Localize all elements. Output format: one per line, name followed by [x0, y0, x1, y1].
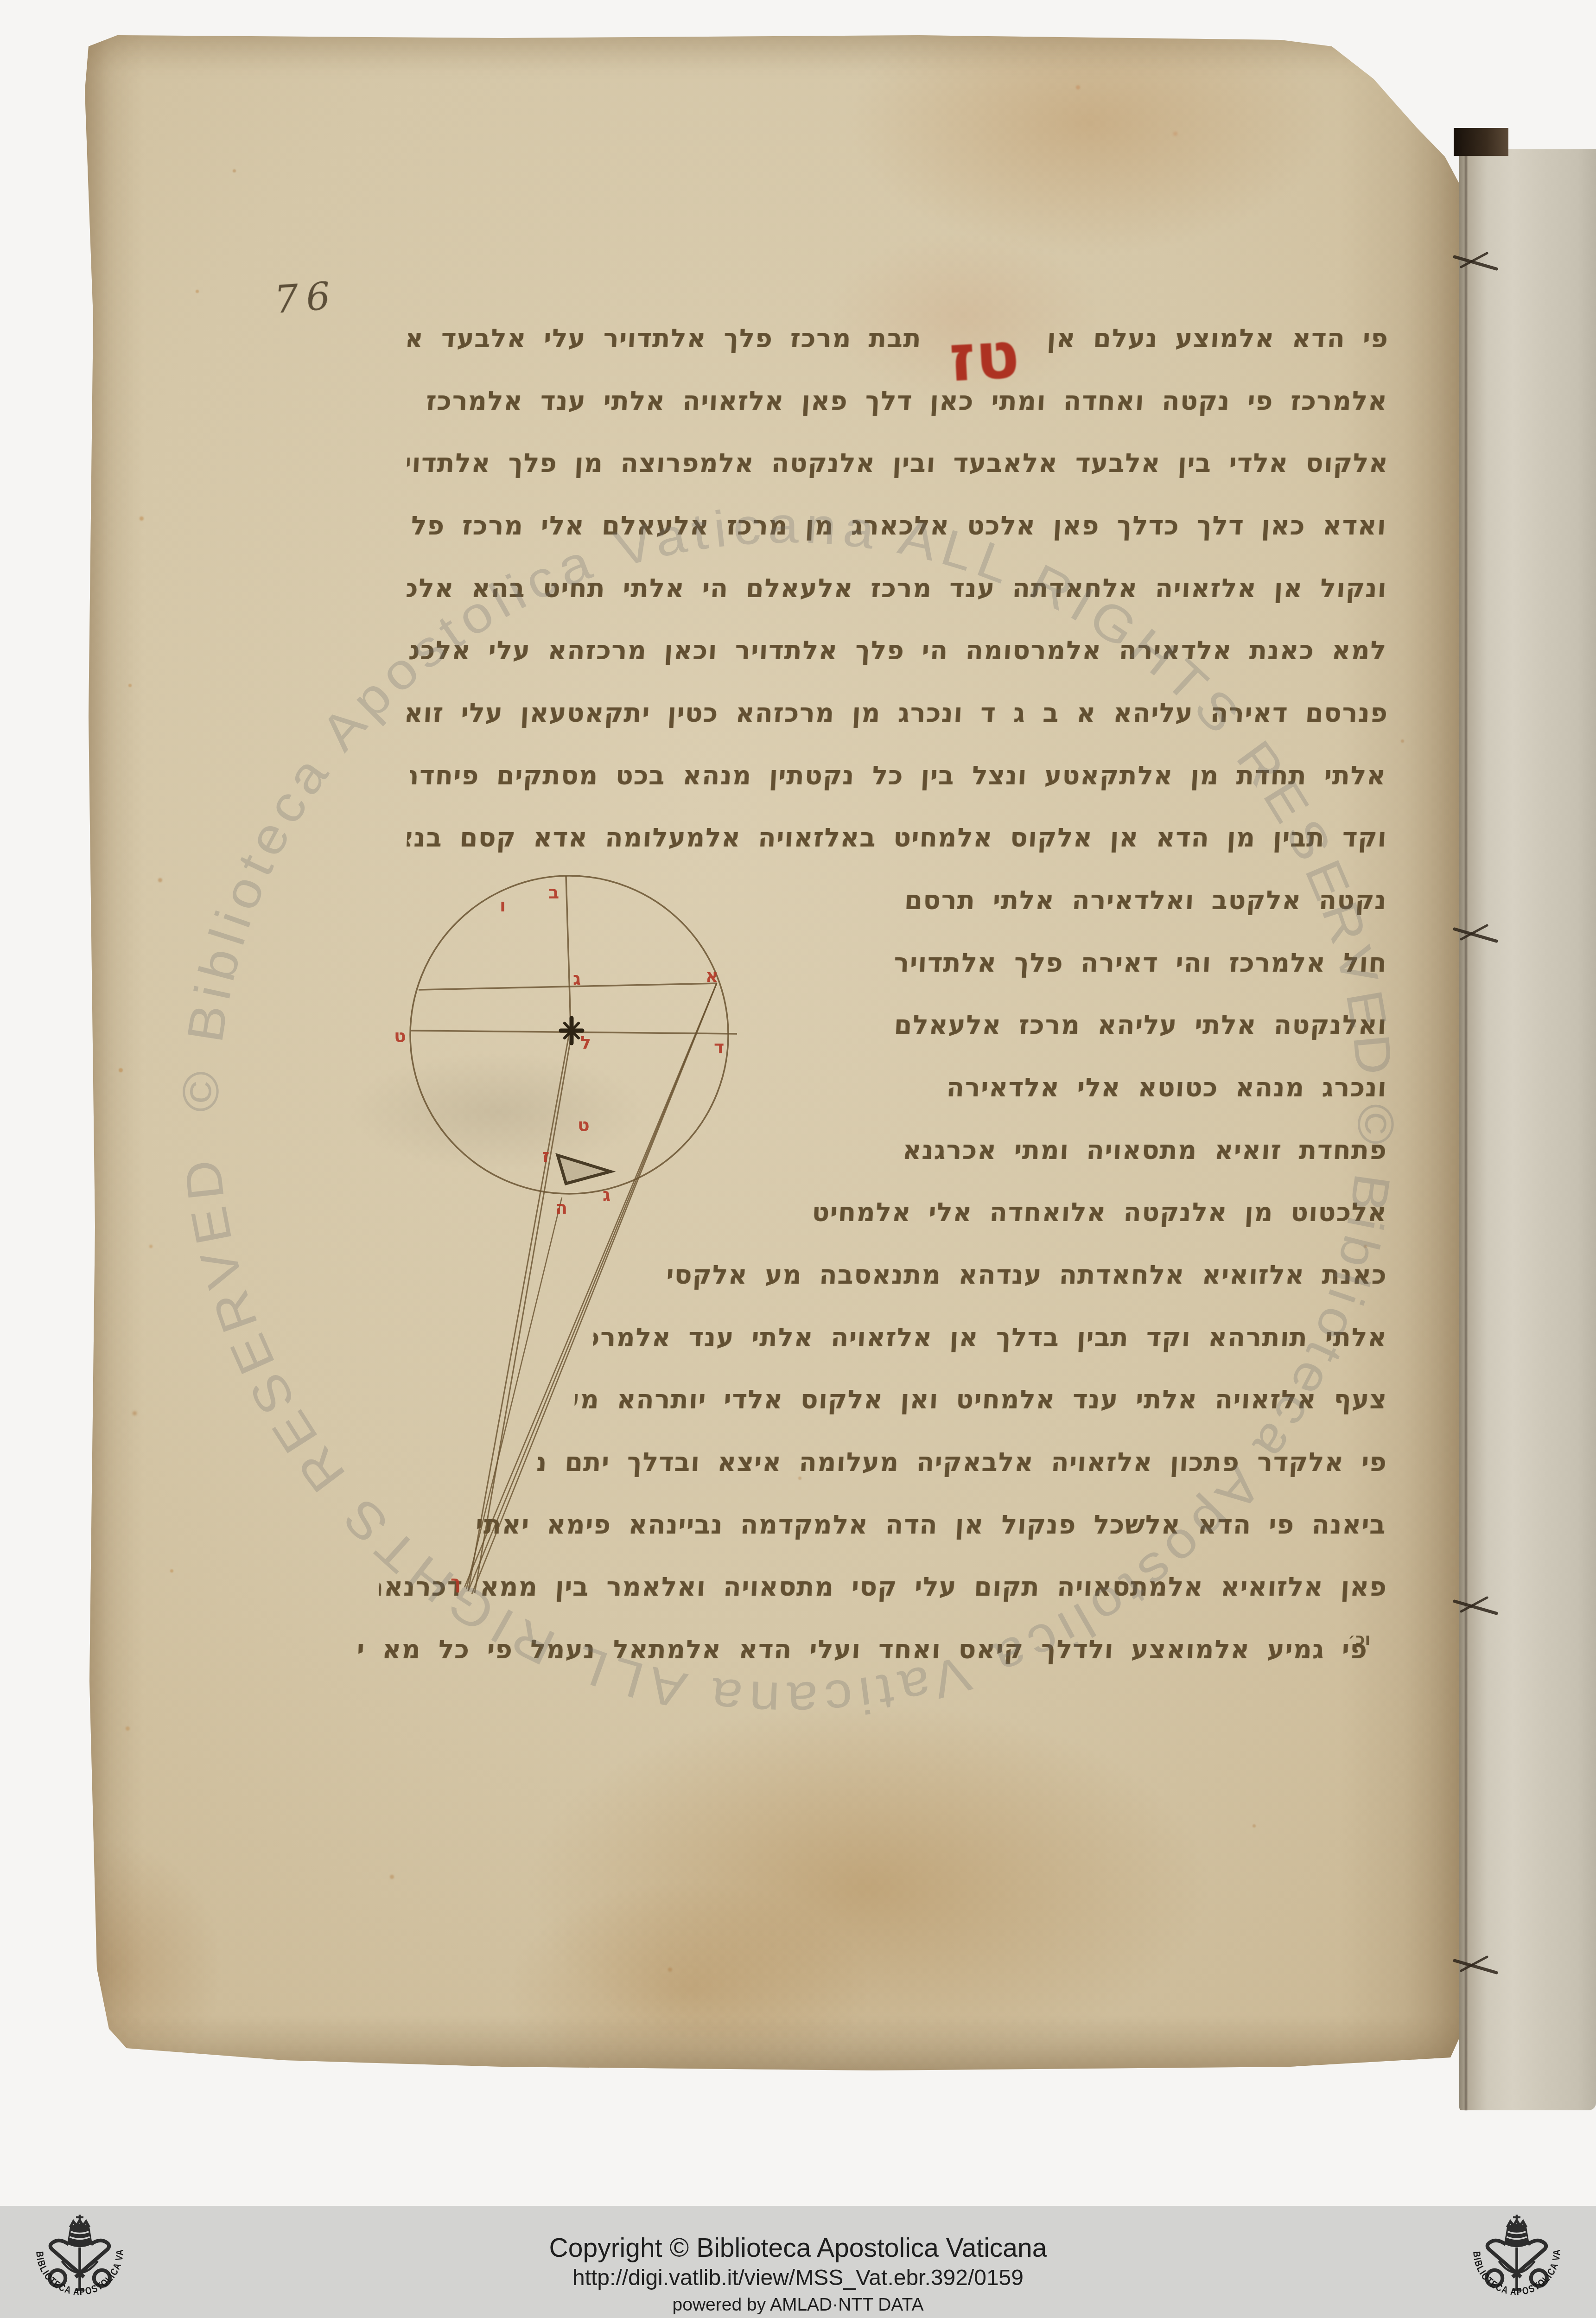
footer-powered-by: powered by AMLAD·NTT DATA [0, 2295, 1596, 2315]
vatican-library-logo-right: BIBLIOTECA APOSTOLICA VATICANA [1461, 2210, 1572, 2316]
marginal-gloss: וכ׳ [1348, 1630, 1371, 1649]
folio-number: 76 [273, 274, 339, 322]
page-edge-shading [85, 31, 1459, 2070]
scanned-manuscript-viewer: { "document": { "folio_number": "76", "h… [0, 0, 1596, 2318]
footer-band: Copyright © Biblioteca Apostolica Vatica… [0, 2206, 1596, 2318]
manuscript-page [85, 31, 1459, 2070]
gutter-crease [1465, 149, 1467, 2110]
footer-copyright: Copyright © Biblioteca Apostolica Vatica… [0, 2233, 1596, 2263]
vatican-library-logo-left: BIBLIOTECA APOSTOLICA VATICANA [24, 2210, 135, 2316]
spine-notch [1454, 128, 1508, 156]
footer-url: http://digi.vatlib.it/view/MSS_Vat.ebr.3… [0, 2265, 1596, 2291]
foxing-speckles [85, 31, 87, 33]
rubric-heading: טז [928, 306, 1042, 409]
book-gutter-leaf [1459, 149, 1596, 2110]
